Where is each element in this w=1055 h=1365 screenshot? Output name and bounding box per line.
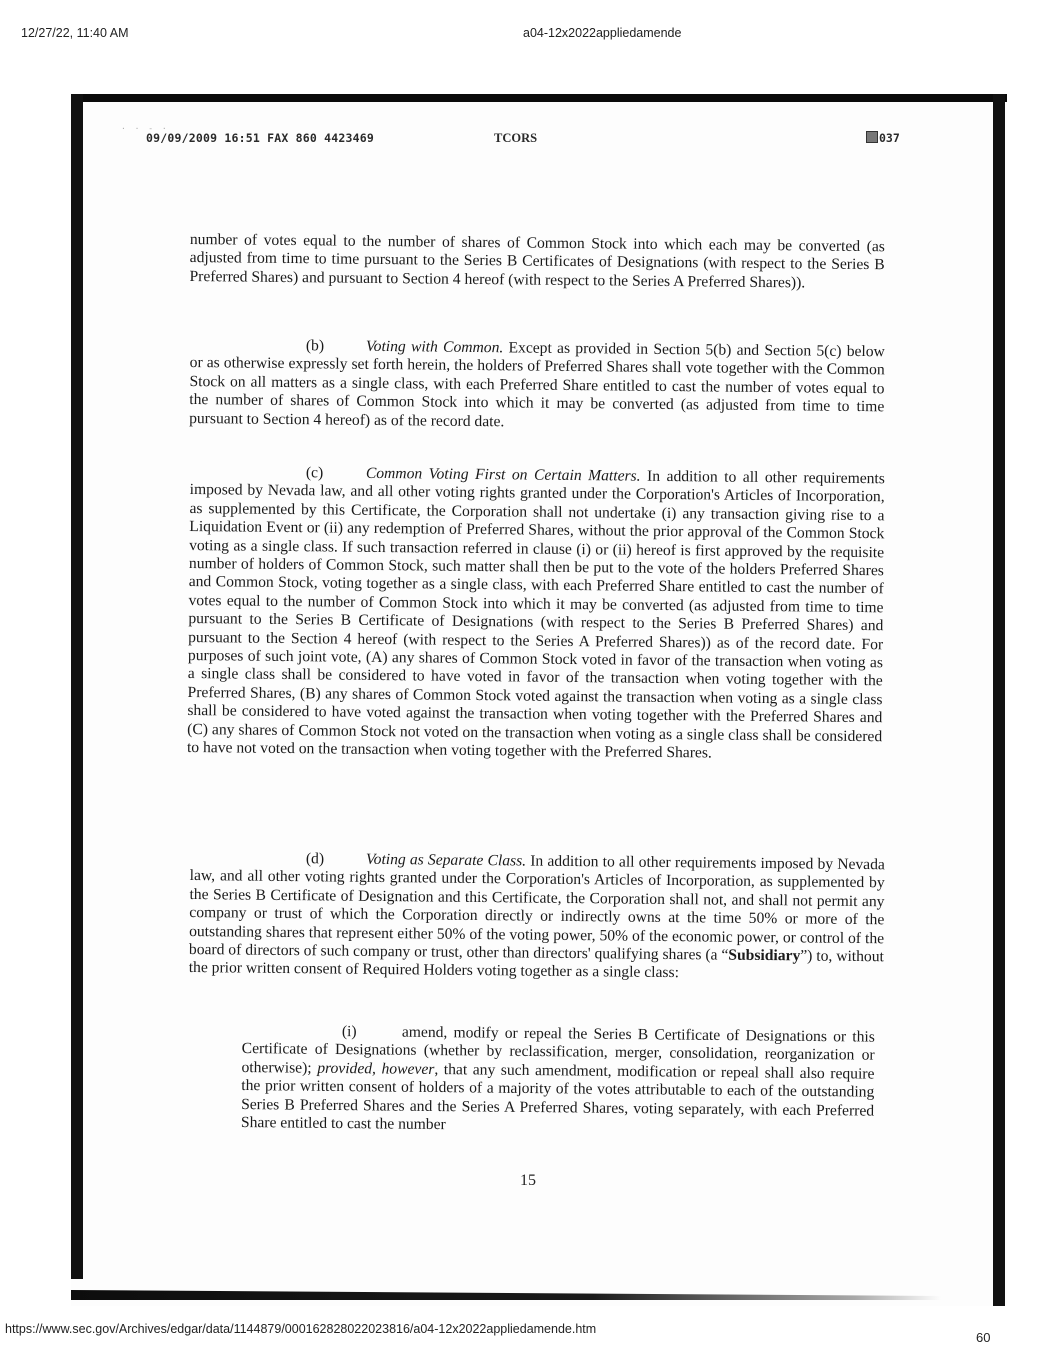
fax-transmission-header: 09/09/2009 16:51 FAX 860 4423469 TCORS 0…	[146, 131, 906, 147]
fax-datetime-number: 09/09/2009 16:51 FAX 860 4423469	[146, 131, 374, 145]
paragraph-label: (i)	[342, 1023, 402, 1042]
subparagraph-i-amend-modify-repeal: (i)amend, modify or repeal the Series B …	[241, 1022, 875, 1139]
proviso-italic: provided, however	[317, 1060, 434, 1078]
scan-border-bottom	[71, 1290, 941, 1300]
scan-border-left	[71, 94, 83, 1279]
fax-page-code: 037	[866, 131, 900, 145]
paragraph-c-common-voting-first: (c)Common Voting First on Certain Matter…	[187, 463, 885, 765]
scan-border-top	[71, 94, 1007, 102]
fax-page-box-icon	[866, 131, 878, 143]
defined-term-subsidiary: Subsidiary	[728, 947, 800, 965]
paragraph-heading: Voting as Separate Class.	[366, 851, 526, 870]
paragraph-label: (b)	[306, 337, 366, 356]
paragraph-b-voting-with-common: (b)Voting with Common. Except as provide…	[189, 336, 885, 435]
print-url: https://www.sec.gov/Archives/edgar/data/…	[5, 1322, 596, 1336]
paragraph-label: (c)	[306, 464, 366, 483]
paragraph-continuation: number of votes equal to the number of s…	[189, 231, 885, 293]
print-page-number: 60	[976, 1330, 990, 1345]
paragraph-heading: Voting with Common.	[366, 338, 504, 356]
document-page-number: 15	[520, 1172, 536, 1190]
paragraph-label: (d)	[306, 850, 366, 869]
fax-sender: TCORS	[494, 131, 537, 146]
browser-print-header: 12/27/22, 11:40 AM a04-12x2022appliedame…	[0, 26, 1055, 42]
print-timestamp: 12/27/22, 11:40 AM	[21, 26, 129, 40]
scan-border-right	[993, 94, 1005, 1306]
paragraph-d-voting-separate-class: (d)Voting as Separate Class. In addition…	[189, 849, 885, 985]
paragraph-heading: Common Voting First on Certain Matters.	[366, 465, 641, 485]
print-document-title: a04-12x2022appliedamende	[523, 26, 681, 40]
